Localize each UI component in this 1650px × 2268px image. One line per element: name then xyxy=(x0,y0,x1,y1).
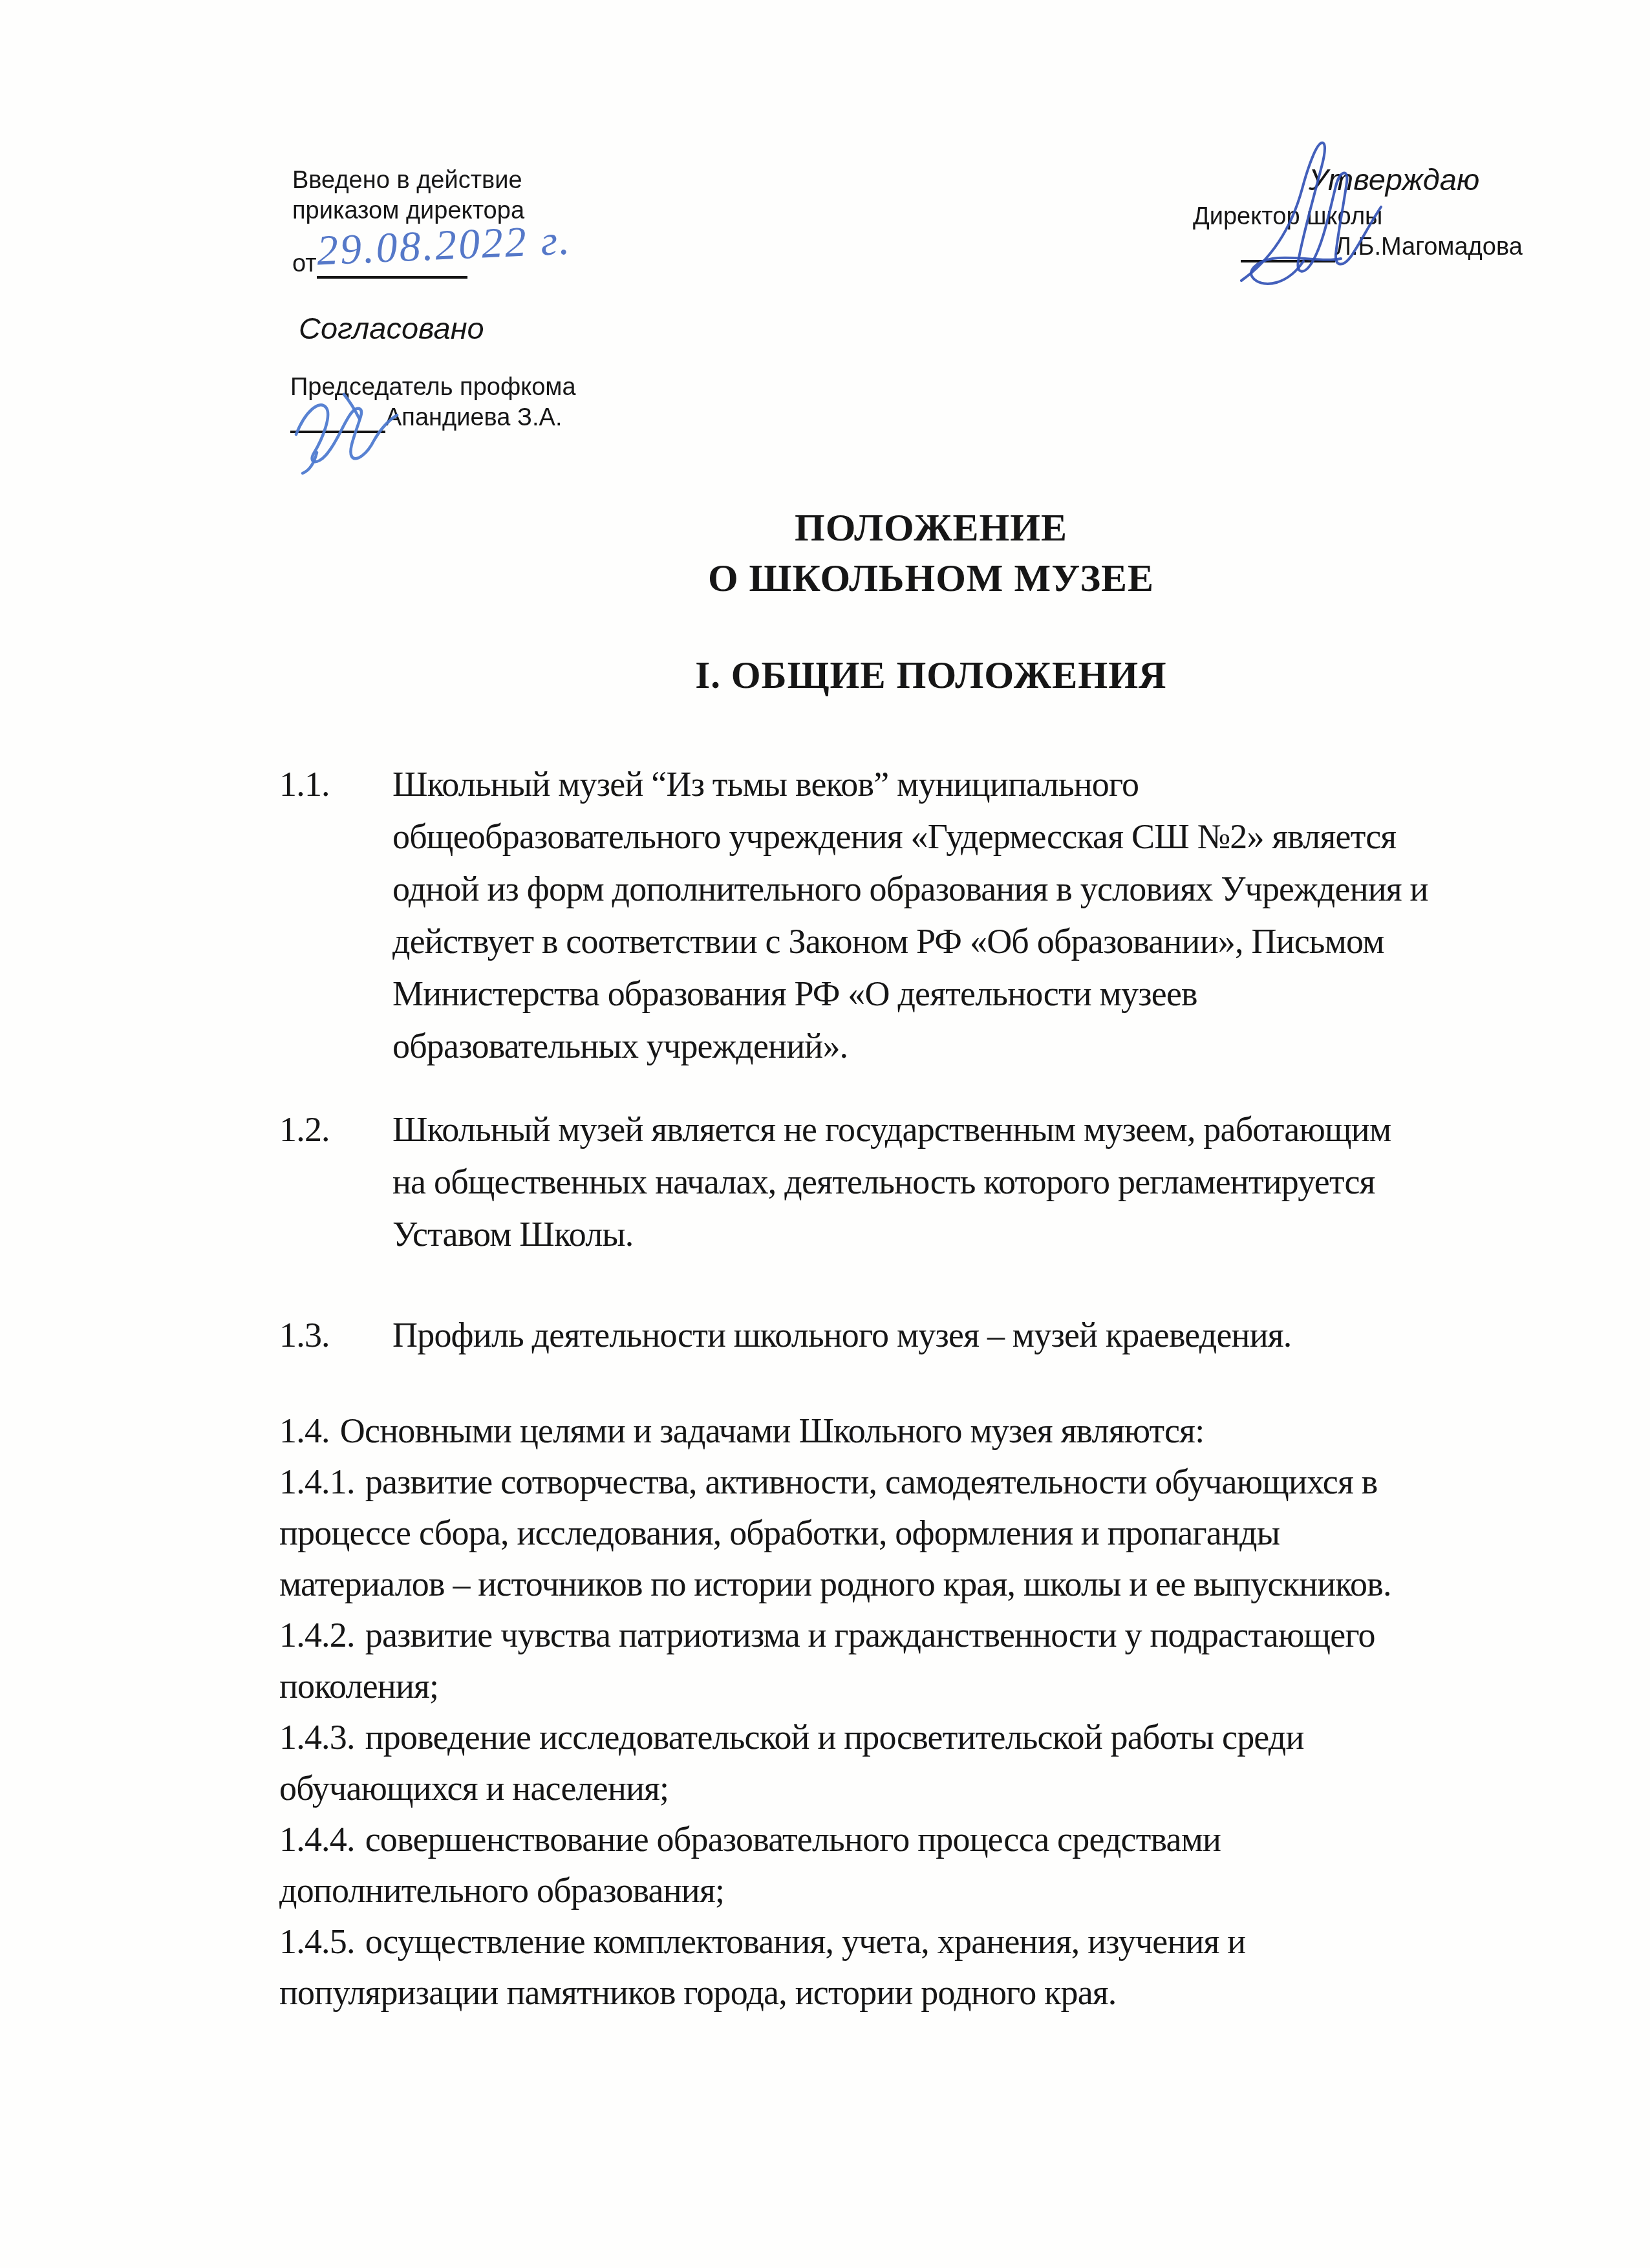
union-role: Председатель профкома xyxy=(290,372,576,403)
union-sign-row: Апандиева З.А. xyxy=(290,403,576,433)
goals-block: 1.4.Основными целями и задачами Школьног… xyxy=(279,1406,1572,2018)
goal-1-4-2: 1.4.2.развитие чувства патриотизма и гра… xyxy=(279,1610,1572,1712)
clause-1-3: 1.3. Профиль деятельности школьного музе… xyxy=(279,1309,1569,1362)
goal-text: развитие сотворчества, активности, самод… xyxy=(279,1462,1391,1603)
goal-text: Основными целями и задачами Школьного му… xyxy=(340,1411,1205,1450)
goal-1-4-3: 1.4.3.проведение исследовательской и про… xyxy=(279,1712,1572,1814)
intro-block: Введено в действие приказом директора xyxy=(292,166,524,226)
section-heading: I. ОБЩИЕ ПОЛОЖЕНИЯ xyxy=(288,652,1574,698)
goal-text: проведение исследовательской и просветит… xyxy=(279,1718,1304,1808)
intro-line-1: Введено в действие xyxy=(292,166,524,196)
approve-heading: Утверждаю xyxy=(1309,162,1479,198)
clause-1-1: 1.1. Школьный музей “Из тьмы веков” муни… xyxy=(279,758,1569,1073)
clause-text: Школьный музей “Из тьмы веков” муниципал… xyxy=(392,765,1428,1065)
document-title: ПОЛОЖЕНИЕ О ШКОЛЬНОМ МУЗЕЕ xyxy=(288,502,1574,603)
clause-1-2: 1.2. Школьный музей является не государс… xyxy=(279,1104,1569,1261)
director-role: Директор школы xyxy=(1193,202,1382,231)
union-block: Председатель профкома Апандиева З.А. xyxy=(290,372,576,433)
goal-number: 1.4.4. xyxy=(279,1820,355,1859)
goal-text: осуществление комплектования, учета, хра… xyxy=(279,1922,1245,2012)
union-name: Апандиева З.А. xyxy=(385,404,562,431)
goal-number: 1.4.5. xyxy=(279,1922,355,1961)
goal-1-4-1: 1.4.1.развитие сотворчества, активности,… xyxy=(279,1457,1572,1610)
clause-number: 1.3. xyxy=(279,1309,330,1362)
handwritten-date: 29.08.2022 г. xyxy=(316,225,572,266)
agreed-heading: Согласовано xyxy=(299,310,484,347)
goal-number: 1.4. xyxy=(279,1411,330,1450)
union-signature-underline xyxy=(290,405,385,433)
director-sign-row: Л.Б.Магомадова xyxy=(1241,231,1523,262)
goal-text: совершенствование образовательного проце… xyxy=(279,1820,1221,1910)
goal-number: 1.4.1. xyxy=(279,1462,355,1501)
clause-number: 1.1. xyxy=(279,758,330,811)
director-name: Л.Б.Магомадова xyxy=(1335,233,1523,261)
scanned-document-page: Введено в действие приказом директора от… xyxy=(0,0,1650,2268)
director-signature-underline xyxy=(1241,234,1335,262)
goal-text: развитие чувства патриотизма и гражданст… xyxy=(279,1616,1375,1706)
document-title-line1: ПОЛОЖЕНИЕ xyxy=(288,502,1574,553)
order-date-row: от 29.08.2022 г. xyxy=(292,249,467,279)
clause-text: Профиль деятельности школьного музея – м… xyxy=(392,1316,1292,1354)
goal-number: 1.4.2. xyxy=(279,1616,355,1654)
date-label: от xyxy=(292,250,317,277)
goal-number: 1.4.3. xyxy=(279,1718,355,1757)
goal-1-4: 1.4.Основными целями и задачами Школьног… xyxy=(279,1406,1572,1457)
document-title-line2: О ШКОЛЬНОМ МУЗЕЕ xyxy=(288,553,1574,603)
goal-1-4-4: 1.4.4.совершенствование образовательного… xyxy=(279,1814,1572,1916)
goal-1-4-5: 1.4.5.осуществление комплектования, учет… xyxy=(279,1916,1572,2018)
clause-number: 1.2. xyxy=(279,1104,330,1156)
clause-text: Школьный музей является не государственн… xyxy=(392,1110,1391,1254)
